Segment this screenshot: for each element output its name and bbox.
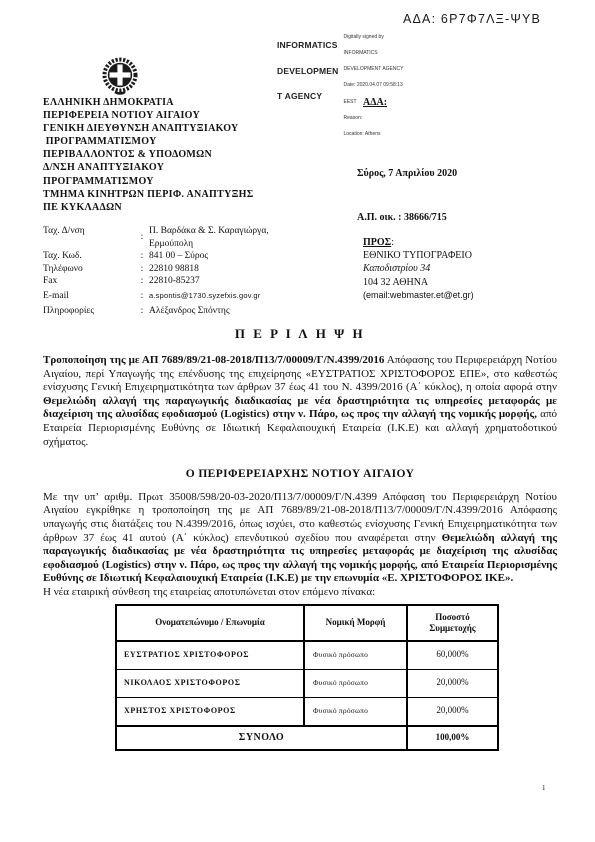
contact-value-line: Ερμούπολη bbox=[149, 238, 348, 251]
shareholder-name: ΧΡΗΣΤΟΣ ΧΡΙΣΤΟΦΟΡΟΣ bbox=[116, 697, 304, 726]
contact-separator: : bbox=[135, 305, 149, 318]
document-page: ΑΔΑ: 6Ρ7Φ7ΛΞ-ΨΥΒ INFORMATICS DEVELOPMEN … bbox=[0, 0, 595, 842]
table-intro-text: Η νέα εταιρική σύνθεση της εταιρείας απο… bbox=[43, 586, 557, 600]
recipient-line: 104 32 ΑΘΗΝΑ bbox=[363, 276, 474, 289]
contact-row-information: Πληροφορίες : Αλέξανδρος Σπόντης bbox=[43, 305, 348, 318]
decision-paragraph: Με την υπ’ αριθμ. Πρωτ 35008/598/20-03-2… bbox=[43, 491, 557, 586]
recipient-email: (email:webmaster.et@et.gr) bbox=[363, 289, 474, 302]
legal-form: Φυσικό πρόσωπο bbox=[304, 669, 407, 697]
org-line: ΓΕΝΙΚΗ ΔΙΕΥΘΥΝΣΗ ΑΝΑΠΤΥΞΙΑΚΟΥ bbox=[43, 122, 323, 135]
legal-form: Φυσικό πρόσωπο bbox=[304, 697, 407, 726]
stamp-detail-line: DEVELOPMENT AGENCY bbox=[344, 67, 404, 72]
summary-text-bold: Θεμελιώδη αλλαγή της παραγωγικής διαδικα… bbox=[43, 395, 557, 421]
contact-info-block: Ταχ. Δ/νση : Π. Βαρδάκα & Σ. Καραγιώργα,… bbox=[43, 225, 348, 318]
column-header-share: Ποσοστό Συμμετοχής bbox=[407, 605, 498, 641]
place-date: Σύρος, 7 Απριλίου 2020 bbox=[357, 167, 457, 182]
total-percentage: 100,00% bbox=[407, 726, 498, 750]
shareholder-name: ΝΙΚΟΛΑΟΣ ΧΡΙΣΤΟΦΟΡΟΣ bbox=[116, 669, 304, 697]
greek-coat-of-arms-icon bbox=[101, 56, 139, 96]
org-line: ΠΡΟΓΡΑΜΜΑΤΙΣΜΟΥ bbox=[43, 175, 323, 188]
contact-separator: : bbox=[135, 250, 149, 263]
stamp-detail-line: INFORMATICS bbox=[344, 51, 404, 56]
share-composition-table: Ονοματεπώνυμο / Επωνυμία Νομική Μορφή Πο… bbox=[115, 604, 499, 751]
protocol-number: Α.Π. οικ. : 38666/715 bbox=[357, 211, 457, 226]
issuing-authority-block: ΕΛΛΗΝΙΚΗ ΔΗΜΟΚΡΑΤΙΑ ΠΕΡΙΦΕΡΕΙΑ ΝΟΤΙΟΥ ΑΙ… bbox=[43, 96, 323, 214]
contact-value: Αλέξανδρος Σπόντης bbox=[149, 305, 348, 318]
contact-value: 841 00 – Σύρος bbox=[149, 250, 348, 263]
contact-row-postcode: Ταχ. Κωδ. : 841 00 – Σύρος bbox=[43, 250, 348, 263]
document-body: Τροποποίηση της με ΑΠ 7689/89/21-08-2018… bbox=[43, 354, 557, 751]
stamp-detail-line: Digitally signed by bbox=[344, 35, 404, 40]
org-line: ΠΕΡΙΒΑΛΛΟΝΤΟΣ & ΥΠΟΔΟΜΩΝ bbox=[43, 148, 323, 161]
shareholder-name: ΕΥΣΤΡΑΤΙΟΣ ΧΡΙΣΤΟΦΟΡΟΣ bbox=[116, 641, 304, 670]
contact-email-value: a.spontis@1730.syzefxis.gov.gr bbox=[149, 290, 348, 303]
recipient-line: Καποδιστρίου 34 bbox=[363, 262, 474, 275]
total-label: ΣΥΝΟΛΟ bbox=[116, 726, 407, 750]
table-header-row: Ονοματεπώνυμο / Επωνυμία Νομική Μορφή Πο… bbox=[116, 605, 498, 641]
column-header-name: Ονοματεπώνυμο / Επωνυμία bbox=[116, 605, 304, 641]
summary-title: Π Ε Ρ Ι Λ Η Ψ Η bbox=[43, 326, 557, 342]
contact-row-address: Ταχ. Δ/νση : Π. Βαρδάκα & Σ. Καραγιώργα,… bbox=[43, 225, 348, 250]
contact-row-fax: Fax : 22810-85237 bbox=[43, 275, 348, 288]
recipient-label: ΠΡΟΣ bbox=[363, 237, 391, 248]
stamp-agency-line: INFORMATICS bbox=[277, 41, 339, 50]
share-percentage: 20,000% bbox=[407, 669, 498, 697]
table-row: ΝΙΚΟΛΑΟΣ ΧΡΙΣΤΟΦΟΡΟΣ Φυσικό πρόσωπο 20,0… bbox=[116, 669, 498, 697]
contact-label: Τηλέφωνο bbox=[43, 263, 135, 276]
ada-label: ΑΔΑ: bbox=[363, 97, 387, 108]
page-number: 1 bbox=[542, 784, 546, 792]
contact-label: Fax bbox=[43, 275, 135, 288]
contact-value: Π. Βαρδάκα & Σ. Καραγιώργα, Ερμούπολη bbox=[149, 225, 348, 250]
contact-value-line: Π. Βαρδάκα & Σ. Καραγιώργα, bbox=[149, 225, 348, 238]
recipient-line: ΕΘΝΙΚΟ ΤΥΠΟΓΡΑΦΕΙΟ bbox=[363, 249, 474, 262]
decision-heading: Ο ΠΕΡΙΦΕΡΕΙΑΡΧΗΣ ΝΟΤΙΟΥ ΑΙΓΑΙΟΥ bbox=[43, 468, 557, 482]
stamp-detail-line: Location: Athens bbox=[344, 132, 404, 137]
contact-value: 22810-85237 bbox=[149, 275, 348, 288]
contact-value: 22810 98818 bbox=[149, 263, 348, 276]
org-line: ΠΕΡΙΦΕΡΕΙΑ ΝΟΤΙΟΥ ΑΙΓΑΙΟΥ bbox=[43, 109, 323, 122]
org-line: ΠΕ ΚΥΚΛΑΔΩΝ bbox=[43, 201, 323, 214]
stamp-detail-line: Date: 2020.04.07 09:58:13 bbox=[344, 83, 404, 88]
stamp-detail-line: Reason: bbox=[344, 116, 404, 121]
table-total-row: ΣΥΝΟΛΟ 100,00% bbox=[116, 726, 498, 750]
table-row: ΧΡΗΣΤΟΣ ΧΡΙΣΤΟΦΟΡΟΣ Φυσικό πρόσωπο 20,00… bbox=[116, 697, 498, 726]
contact-label: Ταχ. Δ/νση bbox=[43, 225, 135, 250]
table-row: ΕΥΣΤΡΑΤΙΟΣ ΧΡΙΣΤΟΦΟΡΟΣ Φυσικό πρόσωπο 60… bbox=[116, 641, 498, 670]
column-header-legal-form: Νομική Μορφή bbox=[304, 605, 407, 641]
contact-label: Πληροφορίες bbox=[43, 305, 135, 318]
stamp-agency-line: DEVELOPMEN bbox=[277, 67, 339, 76]
contact-separator: : bbox=[135, 290, 149, 303]
contact-separator: : bbox=[135, 275, 149, 288]
contact-row-phone: Τηλέφωνο : 22810 98818 bbox=[43, 263, 348, 276]
org-line: ΕΛΛΗΝΙΚΗ ΔΗΜΟΚΡΑΤΙΑ bbox=[43, 96, 323, 109]
contact-label: Ταχ. Κωδ. bbox=[43, 250, 135, 263]
summary-text-bold: Τροποποίηση της με ΑΠ 7689/89/21-08-2018… bbox=[43, 354, 384, 366]
legal-form: Φυσικό πρόσωπο bbox=[304, 641, 407, 670]
contact-separator: : bbox=[135, 263, 149, 276]
share-percentage: 20,000% bbox=[407, 697, 498, 726]
contact-row-email: E-mail : a.spontis@1730.syzefxis.gov.gr bbox=[43, 290, 348, 303]
recipient-colon: : bbox=[391, 237, 394, 248]
contact-label: E-mail bbox=[43, 290, 135, 303]
share-percentage: 60,000% bbox=[407, 641, 498, 670]
stamp-signature-details: Digitally signed by INFORMATICS DEVELOPM… bbox=[344, 24, 404, 148]
org-line: ΠΡΟΓΡΑΜΜΑΤΙΣΜΟΥ bbox=[43, 135, 323, 148]
org-line: ΤΜΗΜΑ ΚΙΝΗΤΡΩΝ ΠΕΡΙΦ. ΑΝΑΠΤΥΞΗΣ bbox=[43, 188, 323, 201]
recipient-block: ΠΡΟΣ: ΕΘΝΙΚΟ ΤΥΠΟΓΡΑΦΕΙΟ Καποδιστρίου 34… bbox=[363, 236, 474, 302]
summary-paragraph: Τροποποίηση της με ΑΠ 7689/89/21-08-2018… bbox=[43, 354, 557, 449]
recipient-header: ΠΡΟΣ: bbox=[363, 236, 474, 249]
org-line: Δ/ΝΣΗ ΑΝΑΠΤΥΞΙΑΚΟΥ bbox=[43, 161, 323, 174]
contact-separator: : bbox=[135, 225, 149, 250]
